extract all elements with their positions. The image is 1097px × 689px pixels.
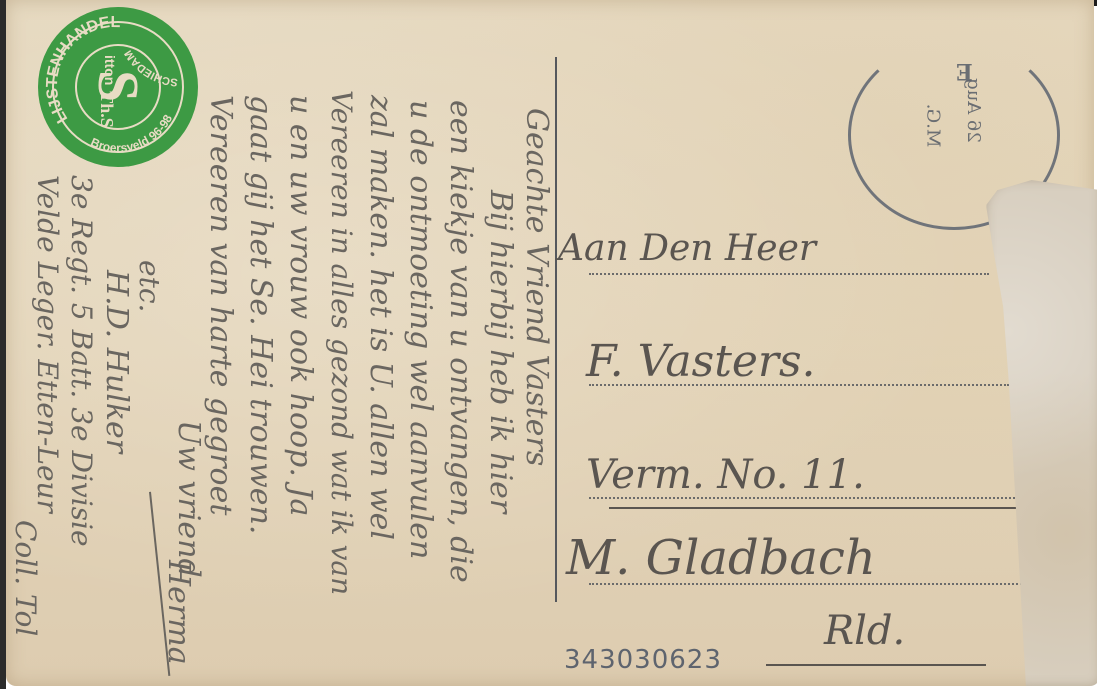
sender-line-1: etc. bbox=[133, 260, 166, 312]
address-divider bbox=[555, 57, 557, 602]
postcard-back: LIJSTENHANDEL SCHIEDAM Broersveld 96-98 … bbox=[6, 0, 1094, 686]
merchant-stamp: LIJSTENHANDEL SCHIEDAM Broersveld 96-98 … bbox=[38, 7, 198, 167]
message-line: u de ontmoeting wel aanvulen bbox=[403, 100, 438, 559]
message-line: Vereeren van harte gegroet bbox=[203, 95, 238, 515]
address-street: Verm. No. 11. bbox=[586, 452, 865, 498]
sender-location: Velde Leger. Etten-Leur bbox=[31, 175, 64, 513]
message-closing: Uw vriend bbox=[171, 420, 206, 578]
address-dotted-line-1 bbox=[589, 273, 989, 275]
address-final-underline bbox=[766, 664, 986, 666]
postmark-line-1: 26 Aug bbox=[963, 78, 984, 143]
sender-name: H.D. Hulker bbox=[99, 270, 134, 453]
archive-number: 343030623 bbox=[564, 645, 722, 675]
address-recipient-name: F. Vasters. bbox=[586, 336, 816, 387]
torn-paper-patch bbox=[986, 180, 1097, 686]
stamp-logo-initials: Th.S bbox=[96, 91, 117, 128]
stamp-logo-name: itton bbox=[102, 55, 118, 85]
address-city: M. Gladbach bbox=[566, 530, 876, 586]
message-line: Bij hierbij heb ik hier bbox=[483, 190, 518, 513]
message-greeting: Geachte Vriend Vasters bbox=[519, 108, 554, 466]
address-solid-underline bbox=[609, 507, 1019, 509]
message-line: u en uw vrouw ook hoop. Ja bbox=[283, 95, 318, 516]
sender-extra: Coll. Tol bbox=[9, 520, 42, 636]
sender-regiment: 3e Regt. 5 Batt. 3e Divisie bbox=[65, 175, 98, 547]
message-line: gaat gij het Se. Hei trouwen. bbox=[243, 95, 278, 534]
stamp-logo-icon: S bbox=[83, 66, 153, 106]
address-region: Rld. bbox=[824, 608, 905, 654]
message-line: een kiekje van u ontvangen, die bbox=[443, 100, 478, 583]
postmark-line-2: M.G. bbox=[922, 104, 943, 148]
message-line: Vereeren in alles gezond wat ik van bbox=[325, 90, 358, 595]
address-salutation: Aan Den Heer bbox=[558, 228, 816, 269]
message-line: zal maken. het is U. allen wel bbox=[363, 95, 398, 540]
